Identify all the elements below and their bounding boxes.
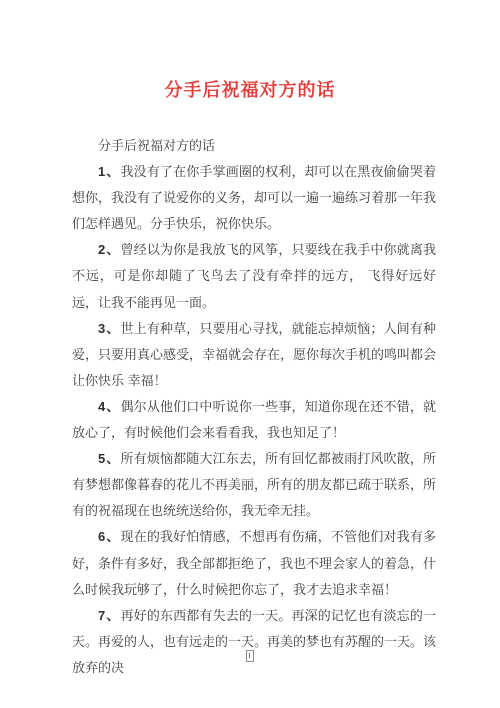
- subtitle: 分手后祝福对方的话: [72, 133, 436, 159]
- paragraph-text: 现在的我好怕情感，不想再有伤痛，不管他们对我有多好，条件有多好，我全部都拒绝了，…: [72, 529, 436, 596]
- paragraph-number: 4、: [98, 399, 121, 414]
- paragraph-text: 再好的东西都有失去的一天。再深的记忆也有淡忘的一天。再爱的人，也有远走的一天。再…: [72, 608, 436, 675]
- paragraph-list: 1、我没有了在你手掌画圈的权利，却可以在黑夜偷偷哭着想你，我没有了说爱你的义务，…: [72, 159, 436, 681]
- document-body: 分手后祝福对方的话 1、我没有了在你手掌画圈的权利，却可以在黑夜偷偷哭着想你，我…: [72, 133, 436, 681]
- paragraph-number: 3、: [98, 321, 121, 336]
- paragraph-text: 我没有了在你手掌画圈的权利，却可以在黑夜偷偷哭着想你，我没有了说爱你的义务，却可…: [72, 164, 436, 231]
- paragraph-number: 7、: [98, 608, 121, 623]
- paragraph: 5、所有烦恼都随大江东去，所有回忆都被雨打风吹散，所有梦想都像暮春的花儿不再美丽…: [72, 446, 436, 524]
- paragraph: 2、曾经以为你是我放飞的风筝，只要线在我手中你就离我不远，可是你却随了飞鸟去了没…: [72, 237, 436, 315]
- paragraph: 6、现在的我好怕情感，不想再有伤痛，不管他们对我有多好，条件有多好，我全部都拒绝…: [72, 524, 436, 602]
- paragraph-number: 2、: [98, 242, 121, 257]
- paragraph: 4、偶尔从他们口中听说你一些事，知道你现在还不错，就放心了，有时候他们会来看看我…: [72, 394, 436, 446]
- paragraph: 7、再好的东西都有失去的一天。再深的记忆也有淡忘的一天。再爱的人，也有远走的一天…: [72, 603, 436, 681]
- page-marker-glyph: [246, 650, 254, 662]
- paragraph-text: 所有烦恼都随大江东去，所有回忆都被雨打风吹散，所有梦想都像暮春的花儿不再美丽，所…: [72, 451, 436, 518]
- paragraph: 1、我没有了在你手掌画圈的权利，却可以在黑夜偷偷哭着想你，我没有了说爱你的义务，…: [72, 159, 436, 237]
- paragraph-text: 偶尔从他们口中听说你一些事，知道你现在还不错，就放心了，有时候他们会来看看我，我…: [72, 399, 436, 440]
- paragraph-number: 5、: [98, 451, 121, 466]
- paragraph-number: 6、: [98, 529, 121, 544]
- document-page: 分手后祝福对方的话 分手后祝福对方的话 1、我没有了在你手掌画圈的权利，却可以在…: [0, 0, 500, 708]
- paragraph-number: 1、: [98, 164, 121, 179]
- paragraph-text: 曾经以为你是我放飞的风筝，只要线在我手中你就离我不远，可是你却随了飞鸟去了没有牵…: [72, 242, 436, 309]
- paragraph: 3、世上有种草，只要用心寻找，就能忘掉烦恼；人间有种爱，只要用真心感受，幸福就会…: [72, 316, 436, 394]
- paragraph-text: 世上有种草，只要用心寻找，就能忘掉烦恼；人间有种爱，只要用真心感受，幸福就会存在…: [72, 321, 436, 388]
- page-title: 分手后祝福对方的话: [0, 76, 500, 102]
